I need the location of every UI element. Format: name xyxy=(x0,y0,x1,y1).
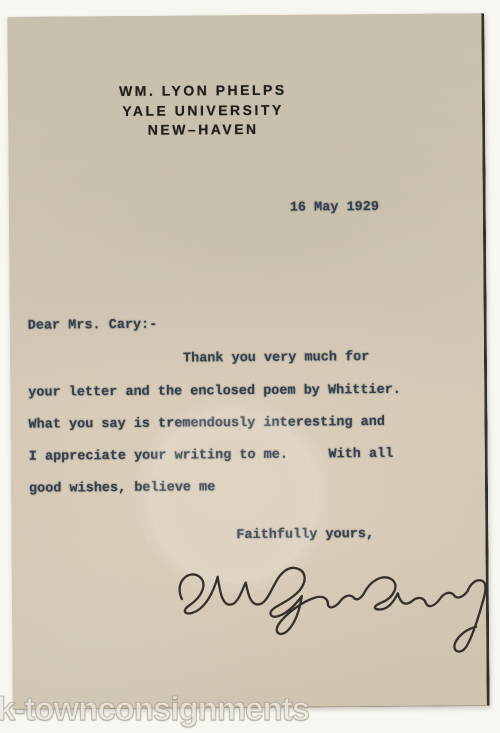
letterhead: WM. LYON PHELPS YALE UNIVERSITY NEW–HAVE… xyxy=(48,80,358,141)
body-line: I appreciate your writing to me. With al… xyxy=(29,447,394,465)
letterhead-name: WM. LYON PHELPS xyxy=(48,80,358,102)
closing-line: Faithfully yours, xyxy=(236,527,374,543)
seller-watermark-text: k-townconsignments xyxy=(0,690,309,728)
body-line: good wishes, believe me xyxy=(29,480,215,496)
letter-paper: WM. LYON PHELPS YALE UNIVERSITY NEW–HAVE… xyxy=(7,13,489,710)
scanned-letter-photo: WM. LYON PHELPS YALE UNIVERSITY NEW–HAVE… xyxy=(0,0,500,733)
signature-autograph xyxy=(161,543,492,664)
letterhead-institution: YALE UNIVERSITY xyxy=(48,100,358,122)
body-line-indent: Thank you very much for xyxy=(183,350,369,366)
letterhead-city: NEW–HAVEN xyxy=(48,119,358,141)
salutation: Dear Mrs. Cary:- xyxy=(28,318,158,334)
letter-date: 16 May 1929 xyxy=(290,200,379,216)
body-line: What you say is tremendously interesting… xyxy=(28,415,385,433)
signature-stroke xyxy=(179,566,486,653)
body-line: your letter and the enclosed poem by Whi… xyxy=(28,383,401,401)
